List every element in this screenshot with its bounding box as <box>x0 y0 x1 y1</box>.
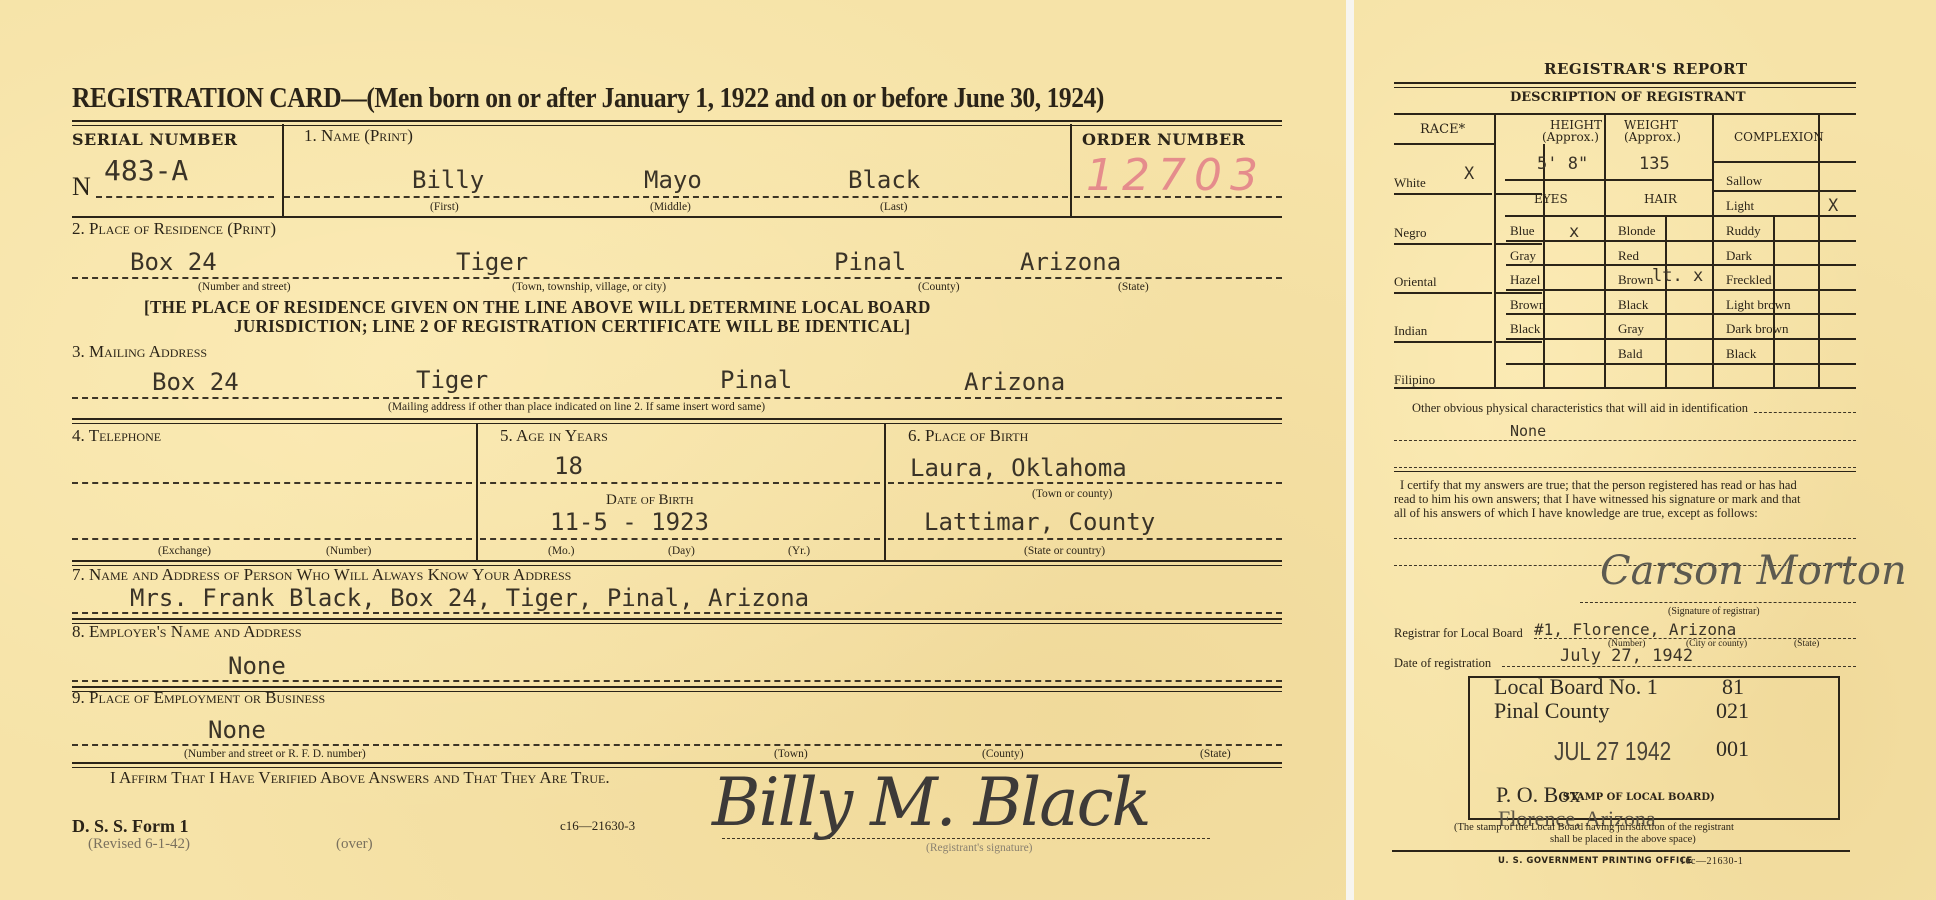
divider <box>1714 313 1856 315</box>
mailing-county: Pinal <box>720 366 792 394</box>
divider <box>1505 179 1712 181</box>
state-country-caption: (State or country) <box>1024 545 1105 557</box>
divider <box>1712 114 1714 387</box>
weight-value: 135 <box>1639 154 1670 174</box>
card-title: REGISTRATION CARD—(Men born on or after … <box>72 82 1104 115</box>
divider <box>1496 243 1542 245</box>
divider <box>1714 190 1856 192</box>
dotted-line <box>72 397 1282 399</box>
race-header: RACE* <box>1420 122 1465 137</box>
certify-text: all of his answers of which I have knowl… <box>1394 506 1758 521</box>
complexion-option: Dark <box>1726 248 1752 264</box>
hair-option: Bald <box>1618 346 1643 362</box>
mailing-label: 3. Mailing Address <box>72 342 207 362</box>
name-label: 1. Name (Print) <box>304 126 413 146</box>
city-caption: (City or county) <box>1686 639 1747 649</box>
complexion-option: Freckled <box>1726 272 1771 288</box>
signature-caption: (Registrant's signature) <box>926 842 1033 854</box>
residence-county: Pinal <box>834 248 906 276</box>
race-option: Indian <box>1394 323 1427 339</box>
jurisdiction-notice: [THE PLACE OF RESIDENCE GIVEN ON THE LIN… <box>144 297 931 318</box>
mailing-street: Box 24 <box>152 368 239 396</box>
dotted-line <box>1074 196 1282 198</box>
year-caption: (Yr.) <box>788 545 810 557</box>
divider <box>72 418 1282 424</box>
dotted-line <box>480 538 880 540</box>
mailing-state: Arizona <box>964 368 1065 396</box>
month-caption: (Mo.) <box>548 545 575 557</box>
dotted-line <box>72 680 1282 682</box>
dotted-line <box>888 538 1282 540</box>
divider <box>1394 243 1492 245</box>
divider <box>1394 471 1856 472</box>
residence-state: Arizona <box>1020 248 1121 276</box>
other-characteristics-value: None <box>1510 422 1546 440</box>
residence-town: Tiger <box>456 248 528 276</box>
registrar-signature: Carson Morton <box>1600 548 1907 594</box>
form-code: c16—21630-3 <box>560 818 635 834</box>
stamp-note: (The stamp of the Local Board having jur… <box>1454 822 1734 833</box>
county-caption: (County) <box>918 281 960 293</box>
state-caption: (State) <box>1200 748 1231 760</box>
birthplace-town: Laura, Oklahoma <box>910 454 1127 482</box>
divider <box>1394 113 1856 115</box>
stamp-code: 021 <box>1716 698 1749 724</box>
residence-street: Box 24 <box>130 248 217 276</box>
town-county-caption: (Town or county) <box>1032 488 1112 500</box>
divider <box>1714 338 1856 340</box>
dotted-line <box>96 196 274 198</box>
divider <box>884 424 886 560</box>
complexion-option: Dark brown <box>1726 321 1788 337</box>
last-name: Black <box>848 166 920 194</box>
height-value: 5' 8" <box>1537 154 1588 174</box>
age-label: 5. Age in Years <box>500 426 608 446</box>
dotted-line <box>1394 467 1856 468</box>
employer-value: None <box>228 652 286 680</box>
divider <box>1496 341 1542 343</box>
divider <box>282 124 284 216</box>
residence-label: 2. Place of Residence (Print) <box>72 219 276 239</box>
dotted-line <box>72 482 472 484</box>
eyes-mark: x <box>1569 222 1579 242</box>
serial-number-label: SERIAL NUMBER <box>72 130 238 149</box>
divider <box>476 424 478 560</box>
divider <box>1714 215 1856 217</box>
first-name: Billy <box>412 166 484 194</box>
divider <box>1714 363 1856 365</box>
hair-option: Red <box>1618 248 1639 264</box>
divider <box>1394 387 1856 389</box>
dotted-line <box>1754 412 1856 413</box>
form-revised: (Revised 6-1-42) <box>88 836 190 853</box>
local-board-value: #1, Florence, Arizona <box>1534 620 1736 639</box>
birthplace-state: Lattimar, County <box>924 508 1155 536</box>
dotted-line <box>72 277 1282 279</box>
state-caption: (State) <box>1118 281 1149 293</box>
stamp-note: shall be placed in the above space) <box>1550 834 1696 845</box>
registrars-report-card: REGISTRAR'S REPORT DESCRIPTION OF REGIST… <box>1354 0 1936 900</box>
over-note: (over) <box>336 836 373 853</box>
printer-code: 16c—21630-1 <box>1680 856 1743 867</box>
printer: U. S. GOVERNMENT PRINTING OFFICE <box>1498 856 1693 866</box>
certify-text: read to him his own answers; that I have… <box>1394 492 1801 507</box>
contact-label: 7. Name and Address of Person Who Will A… <box>72 565 571 585</box>
dotted-line <box>72 612 1282 614</box>
mailing-caption: (Mailing address if other than place ind… <box>388 401 765 413</box>
complexion-option: Ruddy <box>1726 223 1761 239</box>
day-caption: (Day) <box>668 545 695 557</box>
stamp-board: Local Board No. 1 <box>1494 674 1658 700</box>
form-name: D. S. S. Form 1 <box>72 816 189 837</box>
town-caption: (Town) <box>774 748 808 760</box>
order-number-value: 12703 <box>1086 150 1266 201</box>
stamp-code: 81 <box>1722 674 1744 700</box>
employment-value: None <box>208 716 266 744</box>
complexion-header: COMPLEXION <box>1734 130 1824 144</box>
divider <box>1604 114 1606 387</box>
report-title: REGISTRAR'S REPORT <box>1544 60 1748 78</box>
report-subtitle: DESCRIPTION OF REGISTRANT <box>1510 90 1746 105</box>
divider <box>1394 292 1492 294</box>
jurisdiction-notice: JURISDICTION; LINE 2 OF REGISTRATION CER… <box>234 316 910 337</box>
certify-text: I certify that my answers are true; that… <box>1400 478 1797 493</box>
divider <box>1714 240 1856 242</box>
number-caption: (Number) <box>326 545 371 557</box>
divider <box>72 216 1282 218</box>
employer-label: 8. Employer's Name and Address <box>72 622 302 642</box>
divider <box>1818 114 1820 387</box>
complexion-option: Light <box>1726 198 1754 214</box>
first-caption: (First) <box>430 201 459 213</box>
dotted-line <box>888 482 1282 484</box>
hair-mark: lt. x <box>1652 266 1703 286</box>
stamp-date: JUL 27 1942 <box>1554 736 1671 767</box>
race-mark: X <box>1464 164 1474 184</box>
race-option: Oriental <box>1394 274 1437 290</box>
dotted-line <box>1394 440 1856 441</box>
eyes-header: EYES <box>1534 192 1568 206</box>
contact-value: Mrs. Frank Black, Box 24, Tiger, Pinal, … <box>130 584 809 612</box>
hair-option: Black <box>1618 297 1648 313</box>
stamp-code: 001 <box>1716 736 1749 762</box>
complexion-option: Light brown <box>1726 297 1791 313</box>
order-number-label: ORDER NUMBER <box>1082 130 1245 149</box>
divider <box>1714 264 1856 266</box>
signature-line <box>1580 602 1856 603</box>
affirmation: I Affirm That I Have Verified Above Answ… <box>110 768 610 788</box>
eyes-option: Black <box>1510 321 1540 337</box>
registrant-signature: Billy M. Black <box>712 764 1150 841</box>
registration-date-value: July 27, 1942 <box>1560 646 1693 666</box>
exchange-caption: (Exchange) <box>158 545 211 557</box>
dotted-line <box>1394 538 1856 539</box>
divider <box>1394 82 1856 88</box>
dotted-line <box>72 538 472 540</box>
state-caption: (State) <box>1794 639 1819 649</box>
divider <box>1714 161 1856 163</box>
divider <box>1392 850 1850 852</box>
last-caption: (Last) <box>880 201 907 213</box>
divider <box>72 120 1282 126</box>
middle-name: Mayo <box>644 166 702 194</box>
hair-option: Blonde <box>1618 223 1656 239</box>
dotted-line <box>284 196 1068 198</box>
registration-card-front: REGISTRATION CARD—(Men born on or after … <box>0 0 1346 900</box>
divider <box>1505 215 1712 217</box>
serial-prefix: N <box>72 172 91 202</box>
middle-caption: (Middle) <box>650 201 691 213</box>
hair-header: HAIR <box>1644 192 1677 206</box>
eyes-option: Blue <box>1510 223 1535 239</box>
local-board-label: Registrar for Local Board <box>1394 626 1523 641</box>
county-caption: (County) <box>982 748 1024 760</box>
race-option: Negro <box>1394 225 1427 241</box>
dotted-line <box>480 482 880 484</box>
other-characteristics-label: Other obvious physical characteristics t… <box>1412 401 1748 416</box>
employment-label: 9. Place of Employment or Business <box>72 688 325 708</box>
height-sub: (Approx.) <box>1542 130 1599 144</box>
dotted-line <box>1502 666 1856 667</box>
serial-number-value: 483-A <box>104 154 188 187</box>
eyes-option: Gray <box>1510 248 1536 264</box>
telephone-label: 4. Telephone <box>72 426 161 446</box>
mailing-town: Tiger <box>416 366 488 394</box>
race-option: White <box>1394 175 1426 191</box>
complexion-option: Black <box>1726 346 1756 362</box>
street-rfd-caption: (Number and street or R. F. D. number) <box>184 748 366 760</box>
divider <box>1394 193 1492 195</box>
age-value: 18 <box>554 452 583 480</box>
divider <box>1496 292 1542 294</box>
complexion-option: Sallow <box>1726 173 1762 189</box>
divider <box>1394 143 1494 145</box>
town-caption: (Town, township, village, or city) <box>512 281 666 293</box>
stamp-county: Pinal County <box>1494 698 1610 724</box>
dotted-line <box>72 744 1282 746</box>
divider <box>1070 124 1072 216</box>
weight-sub: (Approx.) <box>1624 130 1681 144</box>
dob-value: 11-5 - 1923 <box>550 508 709 536</box>
birthplace-label: 6. Place of Birth <box>908 426 1028 446</box>
registrar-signature-caption: (Signature of registrar) <box>1668 606 1760 617</box>
hair-option: Brown <box>1618 272 1653 288</box>
eyes-option: Brown <box>1510 297 1545 313</box>
card-separator <box>1346 0 1354 900</box>
street-caption: (Number and street) <box>198 281 291 293</box>
race-option: Filipino <box>1394 372 1435 388</box>
hair-option: Gray <box>1618 321 1644 337</box>
stamp-caption: (STAMP OF LOCAL BOARD) <box>1558 792 1715 803</box>
eyes-option: Hazel <box>1510 272 1540 288</box>
divider <box>1714 289 1856 291</box>
divider <box>1394 341 1492 343</box>
dob-label: Date of Birth <box>606 492 694 509</box>
complexion-mark: X <box>1828 196 1838 216</box>
registration-date-label: Date of registration <box>1394 656 1491 671</box>
divider <box>1494 114 1496 387</box>
